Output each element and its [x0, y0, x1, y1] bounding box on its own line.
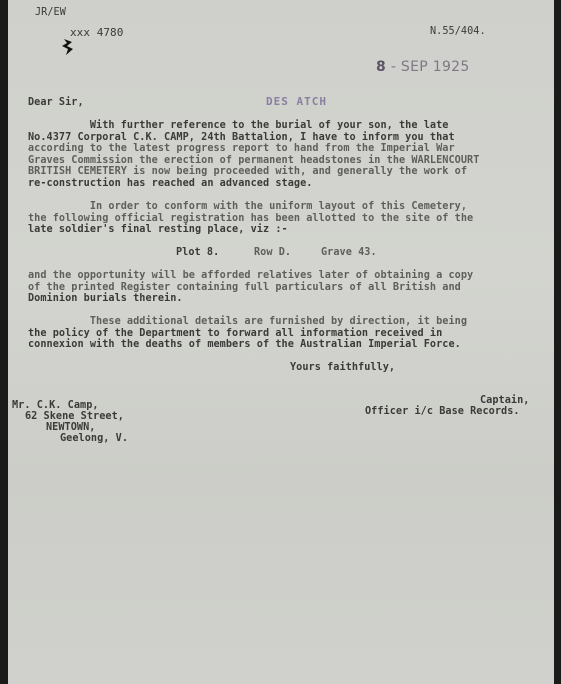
closing: Yours faithfully, [290, 362, 395, 374]
typist-initials: JR/EW [35, 7, 66, 19]
text-line: In order to conform with the uniform lay… [28, 201, 467, 213]
text-line: These additional details are furnished b… [28, 316, 467, 328]
salutation: Dear Sir, [28, 97, 84, 109]
text-line: re-construction has reached an advanced … [28, 178, 312, 190]
signatory-office: Officer i/c Base Records. [365, 406, 520, 418]
grave-number: Grave 43. [321, 247, 377, 259]
text-line: and the opportunity will be afforded rel… [28, 270, 473, 282]
date-stamp: 8 - SEP 1925 [376, 59, 470, 75]
date-stamp-month-year: - SEP 1925 [391, 59, 470, 75]
ink-mark-icon [61, 38, 75, 56]
plot-number: Plot 8. [176, 247, 219, 259]
despatch-stamp: DES ATCH [266, 95, 327, 108]
text-line: late soldier's final resting place, viz … [28, 224, 288, 236]
letter-page: JR/EW xxx 4780 N.55/404. 8 - SEP 1925 DE… [8, 0, 554, 684]
text-line: BRITISH CEMETERY is now being proceeded … [28, 166, 467, 178]
text-line: connexion with the deaths of members of … [28, 339, 461, 351]
reference-number: N.55/404. [430, 26, 486, 38]
addressee-city: Geelong, V. [60, 433, 128, 445]
text-line: according to the latest progress report … [28, 143, 455, 155]
row-letter: Row D. [254, 247, 291, 259]
date-stamp-day: 8 [376, 59, 386, 75]
text-line: Dominion burials therein. [28, 293, 183, 305]
file-number: xxx 4780 [70, 27, 123, 39]
text-line: With further reference to the burial of … [28, 120, 448, 132]
